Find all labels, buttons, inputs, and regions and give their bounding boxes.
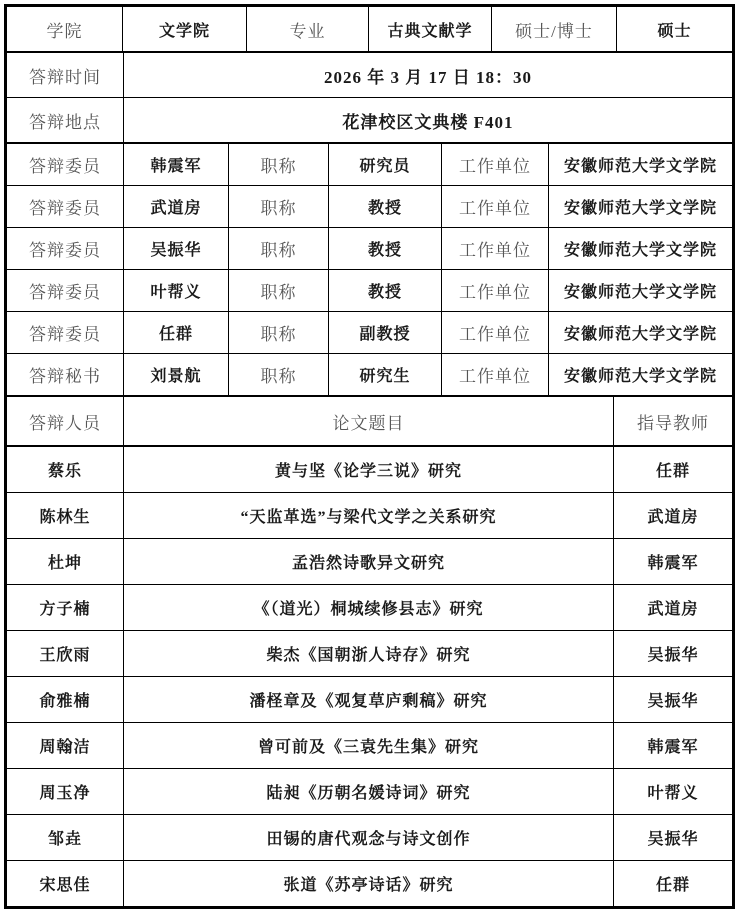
student-row: 陈林生 “天监革选”与梁代文学之关系研究 武道房 (7, 493, 733, 539)
student-name: 陈林生 (7, 493, 124, 539)
student-row: 宋思佳 张道《苏亭诗话》研究 任群 (7, 861, 733, 907)
time-location-table: 答辩时间 2026 年 3 月 17 日 18：30 答辩地点 花津校区文典楼 … (6, 52, 733, 143)
advisor-column-header: 指导教师 (614, 397, 733, 446)
member-name: 刘景航 (124, 354, 229, 396)
member-title: 副教授 (329, 312, 442, 354)
member-unit: 安徽师范大学文学院 (549, 186, 733, 228)
thesis-title: 黄与坚《论学三说》研究 (124, 447, 614, 493)
committee-row: 答辩委员 武道房 职称 教授 工作单位 安徽师范大学文学院 (7, 186, 733, 228)
thesis-title: “天监革选”与梁代文学之关系研究 (124, 493, 614, 539)
student-row: 方子楠 《（道光）桐城续修县志》研究 武道房 (7, 585, 733, 631)
member-name: 任群 (124, 312, 229, 354)
school-value: 文学院 (123, 7, 247, 52)
member-title: 研究生 (329, 354, 442, 396)
student-row: 邹垚 田锡的唐代观念与诗文创作 吴振华 (7, 815, 733, 861)
committee-row: 答辩委员 韩震军 职称 研究员 工作单位 安徽师范大学文学院 (7, 144, 733, 186)
advisor-name: 吴振华 (614, 631, 733, 677)
defense-time-value: 2026 年 3 月 17 日 18：30 (124, 53, 733, 98)
unit-label: 工作单位 (442, 186, 549, 228)
committee-row: 答辩委员 吴振华 职称 教授 工作单位 安徽师范大学文学院 (7, 228, 733, 270)
student-name: 周翰洁 (7, 723, 124, 769)
school-label: 学院 (7, 7, 123, 52)
member-unit: 安徽师范大学文学院 (549, 144, 733, 186)
member-name: 韩震军 (124, 144, 229, 186)
students-header-table: 答辩人员 论文题目 指导教师 (6, 396, 733, 446)
member-role: 答辩委员 (7, 186, 124, 228)
defense-location-value: 花津校区文典楼 F401 (124, 98, 733, 143)
member-title: 教授 (329, 186, 442, 228)
thesis-title: 曾可前及《三袁先生集》研究 (124, 723, 614, 769)
table-row: 答辩地点 花津校区文典楼 F401 (7, 98, 733, 143)
student-name: 杜坤 (7, 539, 124, 585)
unit-label: 工作单位 (442, 270, 549, 312)
student-name: 蔡乐 (7, 447, 124, 493)
advisor-name: 吴振华 (614, 677, 733, 723)
title-label: 职称 (229, 354, 329, 396)
title-label: 职称 (229, 144, 329, 186)
student-row: 周玉净 陆昶《历朝名媛诗词》研究 叶帮义 (7, 769, 733, 815)
info-row-table: 学院 文学院 专业 古典文献学 硕士/博士 硕士 (6, 6, 733, 52)
member-unit: 安徽师范大学文学院 (549, 312, 733, 354)
degree-label: 硕士/博士 (492, 7, 617, 52)
defense-schedule-table: 学院 文学院 专业 古典文献学 硕士/博士 硕士 答辩时间 2026 年 3 月… (4, 4, 735, 909)
student-row: 蔡乐 黄与坚《论学三说》研究 任群 (7, 447, 733, 493)
student-name: 方子楠 (7, 585, 124, 631)
thesis-title: 柴杰《国朝浙人诗存》研究 (124, 631, 614, 677)
student-name: 宋思佳 (7, 861, 124, 907)
major-value: 古典文献学 (369, 7, 492, 52)
thesis-title: 田锡的唐代观念与诗文创作 (124, 815, 614, 861)
committee-row: 答辩秘书 刘景航 职称 研究生 工作单位 安徽师范大学文学院 (7, 354, 733, 396)
student-row: 俞雅楠 潘柽章及《观复草庐剩稿》研究 吴振华 (7, 677, 733, 723)
advisor-name: 任群 (614, 861, 733, 907)
member-name: 叶帮义 (124, 270, 229, 312)
thesis-column-header: 论文题目 (124, 397, 614, 446)
advisor-name: 韩震军 (614, 723, 733, 769)
student-row: 周翰洁 曾可前及《三袁先生集》研究 韩震军 (7, 723, 733, 769)
table-row: 学院 文学院 专业 古典文献学 硕士/博士 硕士 (7, 7, 733, 52)
degree-value: 硕士 (617, 7, 733, 52)
unit-label: 工作单位 (442, 354, 549, 396)
major-label: 专业 (247, 7, 369, 52)
thesis-title: 孟浩然诗歌异文研究 (124, 539, 614, 585)
advisor-name: 叶帮义 (614, 769, 733, 815)
title-label: 职称 (229, 186, 329, 228)
unit-label: 工作单位 (442, 312, 549, 354)
student-row: 王欣雨 柴杰《国朝浙人诗存》研究 吴振华 (7, 631, 733, 677)
member-role: 答辩委员 (7, 312, 124, 354)
title-label: 职称 (229, 270, 329, 312)
member-title: 研究员 (329, 144, 442, 186)
member-name: 吴振华 (124, 228, 229, 270)
student-name: 王欣雨 (7, 631, 124, 677)
committee-row: 答辩委员 任群 职称 副教授 工作单位 安徽师范大学文学院 (7, 312, 733, 354)
member-title: 教授 (329, 228, 442, 270)
member-unit: 安徽师范大学文学院 (549, 228, 733, 270)
member-role: 答辩秘书 (7, 354, 124, 396)
member-role: 答辩委员 (7, 144, 124, 186)
student-name: 俞雅楠 (7, 677, 124, 723)
title-label: 职称 (229, 312, 329, 354)
member-unit: 安徽师范大学文学院 (549, 270, 733, 312)
defense-time-label: 答辩时间 (7, 53, 124, 98)
advisor-name: 武道房 (614, 585, 733, 631)
advisor-name: 武道房 (614, 493, 733, 539)
advisor-name: 吴振华 (614, 815, 733, 861)
title-label: 职称 (229, 228, 329, 270)
member-role: 答辩委员 (7, 228, 124, 270)
thesis-title: 陆昶《历朝名媛诗词》研究 (124, 769, 614, 815)
member-name: 武道房 (124, 186, 229, 228)
table-row: 答辩时间 2026 年 3 月 17 日 18：30 (7, 53, 733, 98)
member-title: 教授 (329, 270, 442, 312)
unit-label: 工作单位 (442, 228, 549, 270)
defense-location-label: 答辩地点 (7, 98, 124, 143)
advisor-name: 韩震军 (614, 539, 733, 585)
thesis-title: 潘柽章及《观复草庐剩稿》研究 (124, 677, 614, 723)
person-column-header: 答辩人员 (7, 397, 124, 446)
member-unit: 安徽师范大学文学院 (549, 354, 733, 396)
defense-schedule-page: 学院 文学院 专业 古典文献学 硕士/博士 硕士 答辩时间 2026 年 3 月… (0, 0, 743, 818)
student-name: 邹垚 (7, 815, 124, 861)
students-table: 蔡乐 黄与坚《论学三说》研究 任群 陈林生 “天监革选”与梁代文学之关系研究 武… (6, 446, 733, 907)
advisor-name: 任群 (614, 447, 733, 493)
table-row: 答辩人员 论文题目 指导教师 (7, 397, 733, 446)
unit-label: 工作单位 (442, 144, 549, 186)
student-name: 周玉净 (7, 769, 124, 815)
committee-row: 答辩委员 叶帮义 职称 教授 工作单位 安徽师范大学文学院 (7, 270, 733, 312)
committee-table: 答辩委员 韩震军 职称 研究员 工作单位 安徽师范大学文学院 答辩委员 武道房 … (6, 143, 733, 396)
member-role: 答辩委员 (7, 270, 124, 312)
student-row: 杜坤 孟浩然诗歌异文研究 韩震军 (7, 539, 733, 585)
thesis-title: 《（道光）桐城续修县志》研究 (124, 585, 614, 631)
thesis-title: 张道《苏亭诗话》研究 (124, 861, 614, 907)
